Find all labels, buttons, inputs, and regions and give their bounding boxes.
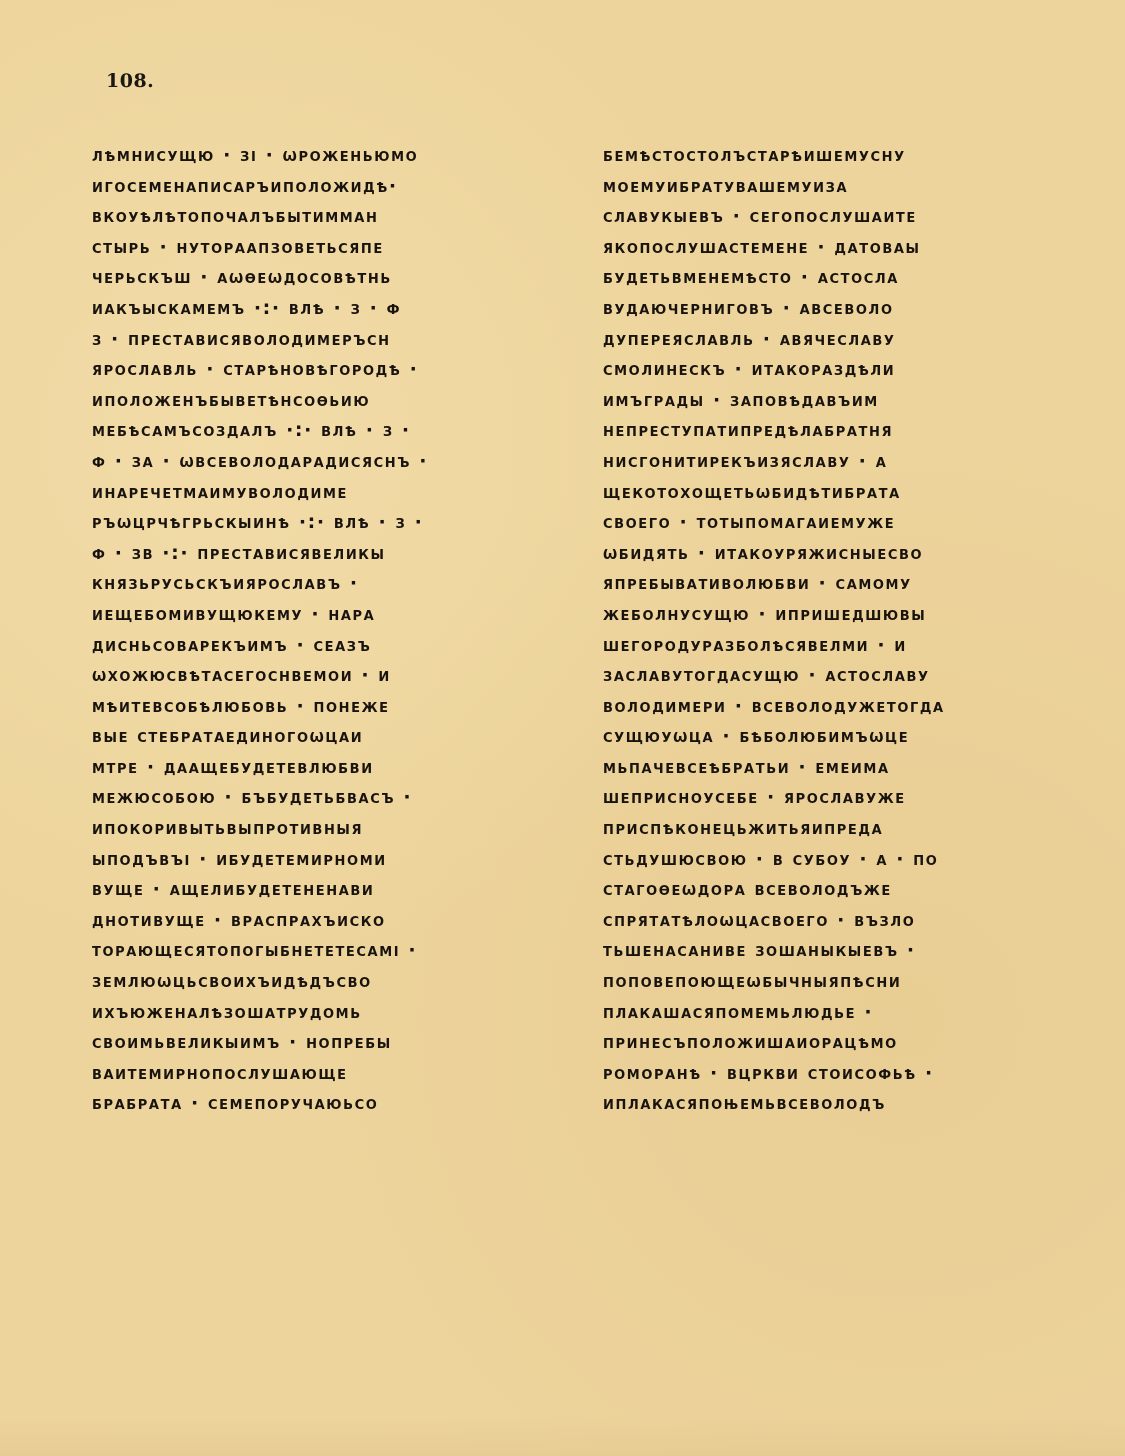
manuscript-line: иакъыскамемъ ·:· влѣ · з · ф xyxy=(92,293,552,324)
manuscript-line: вуще · ащелибудетененави xyxy=(92,874,552,905)
manuscript-line: непреступатипредѣлабратня xyxy=(603,415,1093,446)
manuscript-line: щекотохощетьѡбидѣтибрата xyxy=(603,477,1093,508)
manuscript-line: лѣмнисущю · зі · ѡроженьюмо xyxy=(92,140,552,171)
manuscript-line: заславутогдасущю · астославу xyxy=(603,660,1093,691)
manuscript-line: брабрата · семепоручаюьсо xyxy=(92,1088,552,1119)
manuscript-line: тьшенасаниве зошаныкыевъ · xyxy=(603,935,1093,966)
manuscript-line: князьрусьскъиярославъ · xyxy=(92,568,552,599)
manuscript-line: якопослушастемене · датоваы xyxy=(603,232,1093,263)
left-text-column: лѣмнисущю · зі · ѡроженьюмо игосеменапис… xyxy=(92,140,552,1119)
manuscript-line: шегородуразболѣсявелми · и xyxy=(603,630,1093,661)
page-number: 108. xyxy=(106,70,154,92)
manuscript-line: поповепоющеѡбычныяпѣсни xyxy=(603,966,1093,997)
manuscript-line: ваитемирнопослушающе xyxy=(92,1058,552,1089)
manuscript-line: иположенъбыветѣнсоѳьию xyxy=(92,385,552,416)
manuscript-line: ихъюженалѣзошатрудомь xyxy=(92,997,552,1028)
manuscript-line: роморанѣ · вцркви стоисофьѣ · xyxy=(603,1058,1093,1089)
manuscript-line: вые стебратаединогоѡцаи xyxy=(92,721,552,752)
manuscript-line: приспѣконецьжитьяипреда xyxy=(603,813,1093,844)
manuscript-line: ыподъвъі · ибудетемирноми xyxy=(92,844,552,875)
manuscript-line: торающесятопогыбнететесамі · xyxy=(92,935,552,966)
manuscript-line: ѡхожюсвѣтасегоснвемои · и xyxy=(92,660,552,691)
manuscript-line: вудаючерниговъ · авсеволо xyxy=(603,293,1093,324)
manuscript-line: мѣитевсобѣлюбовь · понеже xyxy=(92,691,552,722)
manuscript-line: ф · за · ѡвсеволодарадисяснъ · xyxy=(92,446,552,477)
manuscript-line: нисгонитирекъизяславу · а xyxy=(603,446,1093,477)
manuscript-line: ѡбидять · итакоуряжисныесво xyxy=(603,538,1093,569)
manuscript-line: своего · тотыпомагаиемуже xyxy=(603,507,1093,538)
manuscript-line: днотивуще · враспрахъиско xyxy=(92,905,552,936)
manuscript-line: межюсобою · бъбудетьбвасъ · xyxy=(92,782,552,813)
manuscript-line: ръѡцрчѣгрьскыинѣ ·:· влѣ · з · xyxy=(92,507,552,538)
manuscript-line: будетьвменемѣсто · астосла xyxy=(603,262,1093,293)
manuscript-line: ипокоривытьвыпротивныя xyxy=(92,813,552,844)
manuscript-line: смолинескъ · итакораздѣли xyxy=(603,354,1093,385)
manuscript-line: спрятатѣлоѡцасвоего · възло xyxy=(603,905,1093,936)
right-text-column: бемѣстостолъстарѣишемусну моемуибратуваш… xyxy=(603,140,1093,1119)
manuscript-line: з · престависяволодимеръсн xyxy=(92,324,552,355)
manuscript-line: шеприсноусебе · ярославуже xyxy=(603,782,1093,813)
manuscript-line: игосеменаписаръиположидѣ· xyxy=(92,171,552,202)
manuscript-line: мтре · даащебудетевлюбви xyxy=(92,752,552,783)
manuscript-line: ярославль · старѣновѣгородѣ · xyxy=(92,354,552,385)
manuscript-line: мебѣсамъсоздалъ ·:· влѣ · з · xyxy=(92,415,552,446)
manuscript-line: черьскъш · аѡѳеѡдосовѣтнь xyxy=(92,262,552,293)
manuscript-line: моемуибратувашемуиза xyxy=(603,171,1093,202)
manuscript-line: стагоѳеѡдора всеволодъже xyxy=(603,874,1093,905)
manuscript-line: инаречетмаимуволодиме xyxy=(92,477,552,508)
manuscript-line: вкоуѣлѣтопочалъбытимман xyxy=(92,201,552,232)
manuscript-line: сущюуѡца · бѣболюбимъѡце xyxy=(603,721,1093,752)
manuscript-line: имъграды · заповѣдавъим xyxy=(603,385,1093,416)
manuscript-line: иплакасяпоњемьвсеволодъ xyxy=(603,1088,1093,1119)
manuscript-line: своимьвеликыимъ · нопребы xyxy=(92,1027,552,1058)
manuscript-line: стьдушюсвою · в субоу · а · по xyxy=(603,844,1093,875)
manuscript-line: жеболнусущю · ипришедшювы xyxy=(603,599,1093,630)
manuscript-line: дупереяславль · авячеславу xyxy=(603,324,1093,355)
manuscript-line: япребывативолюбви · самому xyxy=(603,568,1093,599)
manuscript-line: принесъположишаиорацѣмо xyxy=(603,1027,1093,1058)
manuscript-line: мьпачевсеѣбратьи · емеима xyxy=(603,752,1093,783)
manuscript-line: бемѣстостолъстарѣишемусну xyxy=(603,140,1093,171)
manuscript-line: землюѡцьсвоихъидѣдъсво xyxy=(92,966,552,997)
manuscript-line: ф · зв ·:· престависявеликы xyxy=(92,538,552,569)
manuscript-line: володимери · всеволодужетогда xyxy=(603,691,1093,722)
manuscript-line: славукыевъ · сегопослушаите xyxy=(603,201,1093,232)
manuscript-line: иещебомивущюкему · нара xyxy=(92,599,552,630)
manuscript-line: дисньсоварекъимъ · сеазъ xyxy=(92,630,552,661)
page-edge-shading xyxy=(0,1416,1125,1456)
manuscript-line: стырь · нутораапзоветьсяпе xyxy=(92,232,552,263)
manuscript-line: плакашасяпомемьлюдье · xyxy=(603,997,1093,1028)
